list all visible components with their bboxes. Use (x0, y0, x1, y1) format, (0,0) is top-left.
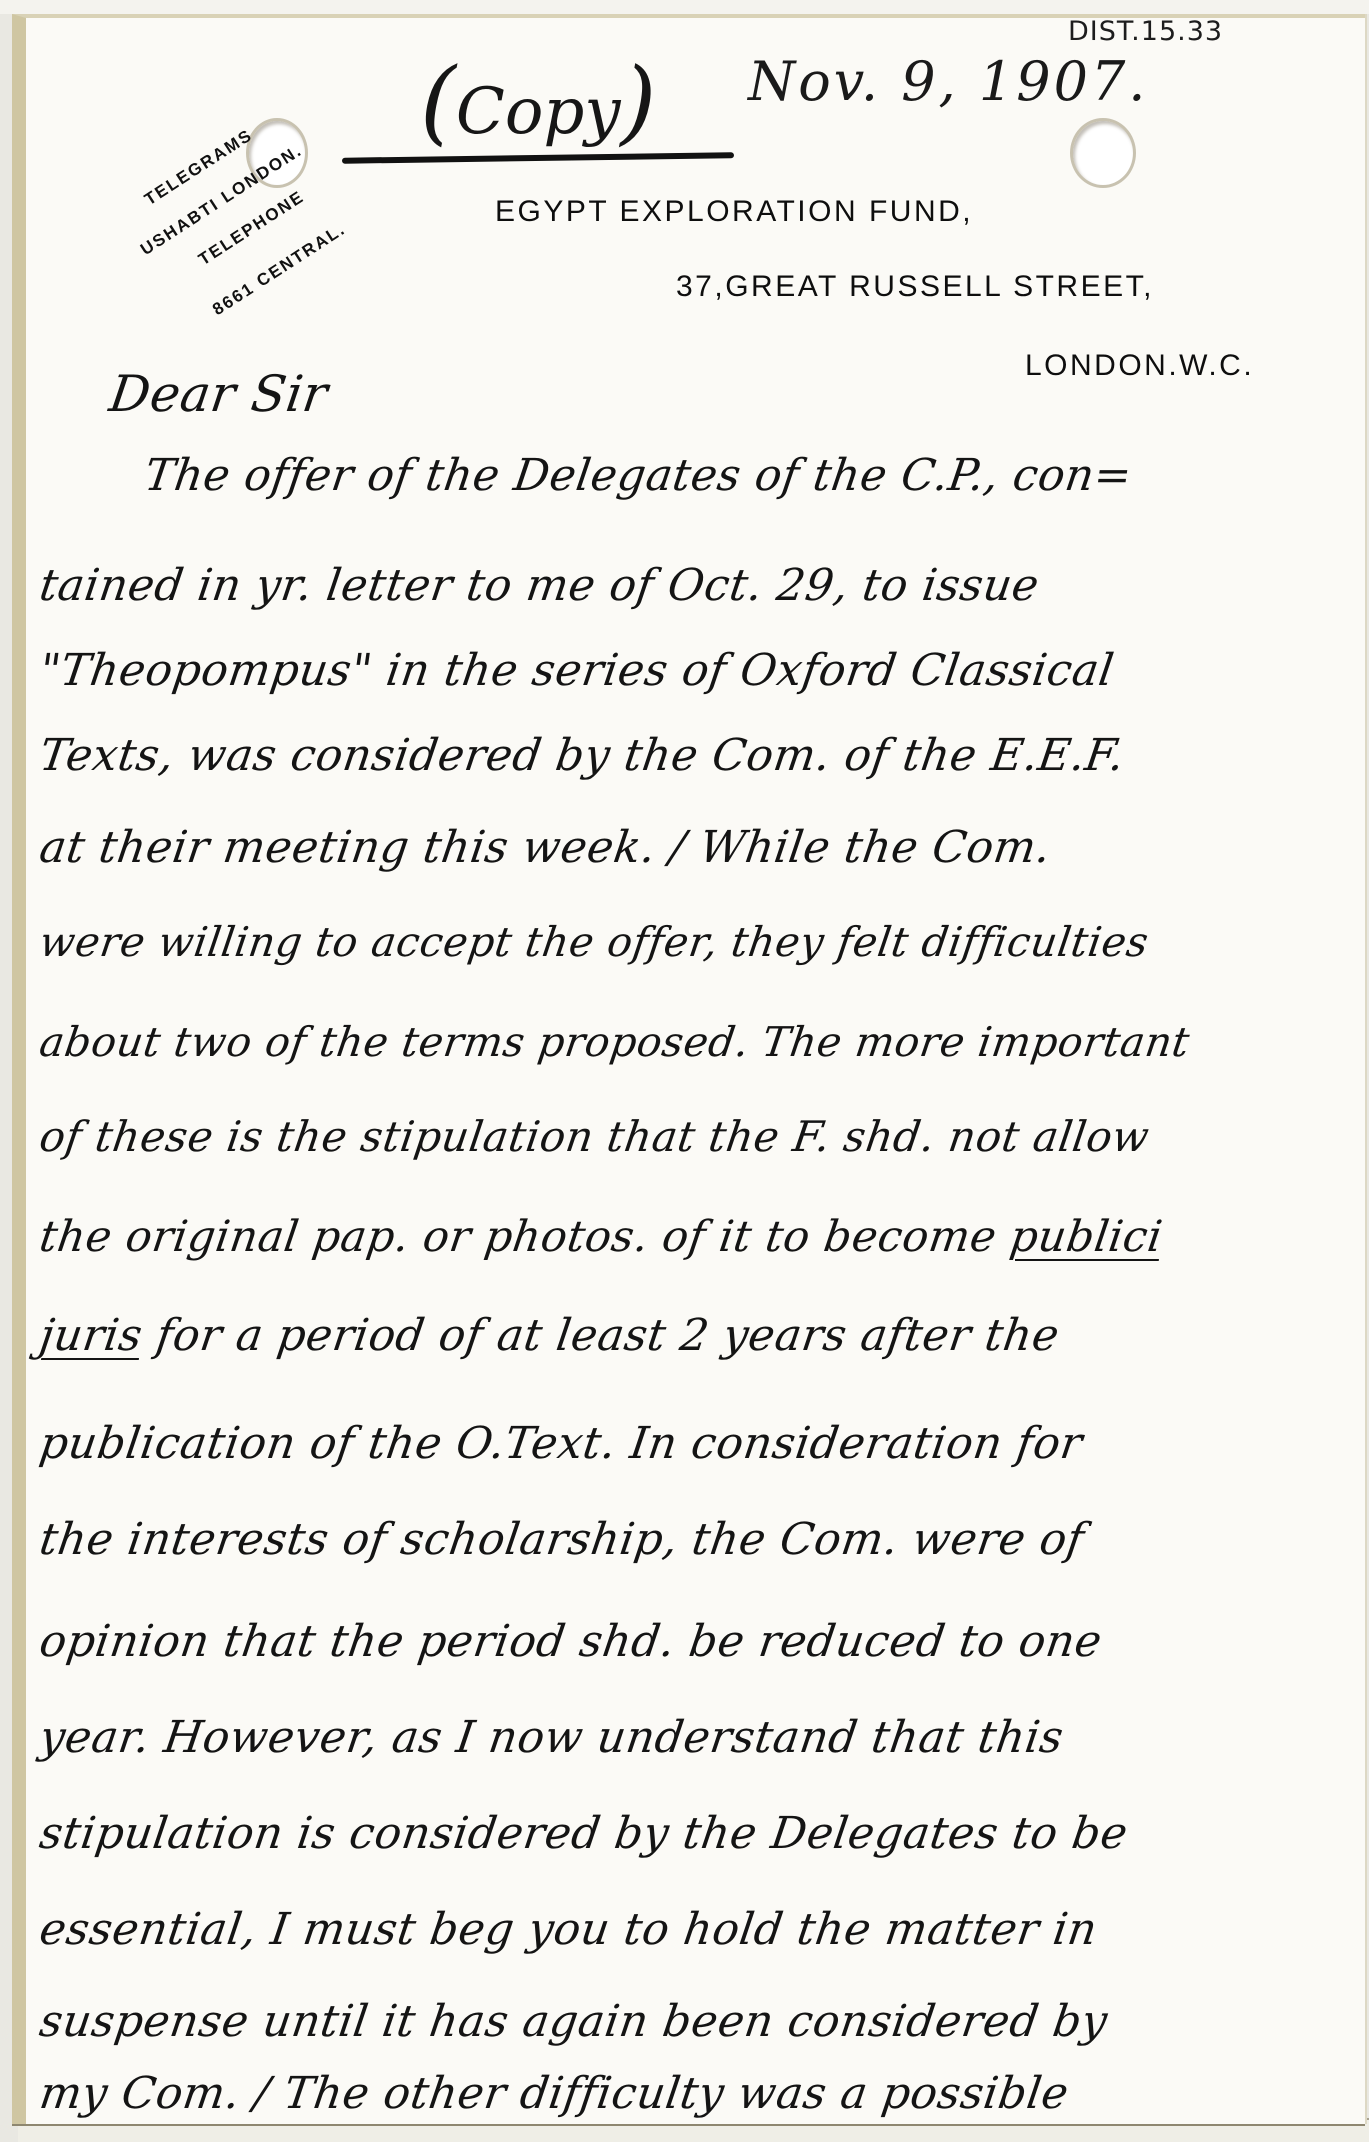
copy-text: Copy (456, 75, 621, 149)
close-paren: ) (621, 48, 657, 155)
punch-hole-right (1070, 118, 1136, 188)
letter-line: suspense until it has again been conside… (36, 1996, 1110, 2047)
letter-line: The offer of the Delegates of the C.P., … (141, 450, 1135, 501)
telegram-telephone-block: TELEGRAMS USHABTI LONDON. TELEPHONE 8661… (130, 90, 430, 330)
letter-line: year. However, as I now understand that … (36, 1712, 1066, 1763)
letter-line: Texts, was considered by the Com. of the… (36, 730, 1127, 781)
copy-annotation: (Copy) (420, 48, 656, 155)
letter-line: "Theopompus" in the series of Oxford Cla… (36, 645, 1117, 696)
underlined-word-publici: publici (1007, 1212, 1166, 1262)
underlined-word-juris: juris (36, 1310, 145, 1361)
salutation: Dear Sir (106, 365, 332, 423)
letter-line: opinion that the period shd. be reduced … (36, 1616, 1105, 1667)
letter-date: Nov. 9, 1907. (748, 50, 1148, 113)
letter-line: stipulation is considered by the Delegat… (36, 1808, 1131, 1859)
line-text: the original pap. or photos. of it to be… (36, 1212, 1014, 1262)
letter-line: essential, I must beg you to hold the ma… (36, 1904, 1100, 1955)
scan-top-margin (0, 0, 1369, 14)
letter-line: publication of the O.Text. In considerat… (36, 1418, 1085, 1469)
letter-line: my Com. / The other difficulty was a pos… (36, 2068, 1071, 2119)
letter-line: at their meeting this week. / While the … (36, 822, 1054, 873)
city-address: LONDON.W.C. (1025, 349, 1254, 383)
letter-line: the interests of scholarship, the Com. w… (36, 1514, 1087, 1565)
archive-reference: DIST.15.33 (1068, 16, 1223, 47)
letter-line: about two of the terms proposed. The mor… (37, 1018, 1193, 1066)
organization-name: EGYPT EXPLORATION FUND, (495, 195, 973, 229)
street-address: 37,GREAT RUSSELL STREET, (676, 270, 1154, 304)
letter-line: of these is the stipulation that the F. … (37, 1112, 1153, 1161)
letter-line-with-underline: the original pap. or photos. of it to be… (36, 1212, 1165, 1262)
letter-line: tained in yr. letter to me of Oct. 29, t… (36, 560, 1042, 611)
letter-line-with-underline: juris for a period of at least 2 years a… (36, 1310, 1062, 1361)
line-text: for a period of at least 2 years after t… (139, 1310, 1063, 1361)
letter-line: were willing to accept the offer, they f… (37, 918, 1152, 966)
